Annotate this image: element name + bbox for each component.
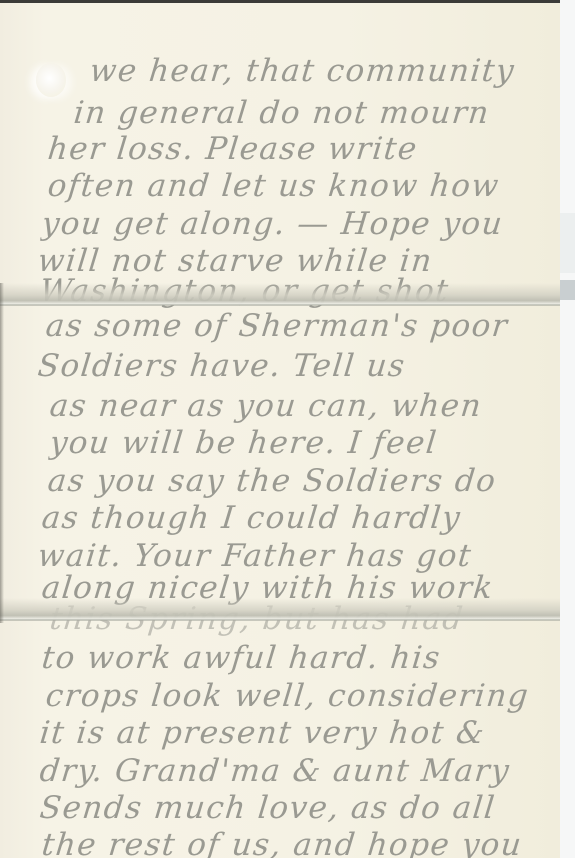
scanner-background-band	[560, 213, 575, 273]
letter-line: as though I could hardly	[40, 500, 560, 536]
letter-line: crops look well, considering	[44, 678, 560, 714]
letter-line: in general do not mourn	[72, 95, 560, 131]
letter-line: her loss. Please write	[46, 131, 560, 167]
letter-line: often and let us know how	[46, 168, 560, 204]
letter-line: it is at present very hot &	[38, 715, 560, 751]
letter-line: dry. Grand'ma & aunt Mary	[38, 753, 560, 789]
letter-line: Sends much love, as do all	[38, 790, 560, 826]
scanner-background-shadow	[560, 280, 575, 300]
letter-line: you will be here. I feel	[48, 425, 560, 461]
letter-line: we hear, that community	[88, 53, 560, 89]
letter-line: as you say the Soldiers do	[46, 463, 560, 499]
letter-line: wait. Your Father has got	[36, 538, 560, 574]
handwritten-text: we hear, that community in general do no…	[0, 3, 560, 858]
paper-edge-shadow	[0, 283, 4, 623]
fold-line	[0, 304, 560, 306]
letter-line: Soldiers have. Tell us	[36, 348, 560, 384]
letter-line: the rest of us, and hope you	[40, 827, 560, 858]
paper-fold-crease	[0, 283, 560, 305]
letter-line: as some of Sherman's poor	[44, 308, 560, 344]
letter-line: as near as you can, when	[48, 388, 560, 424]
letter-line: you get along. — Hope you	[40, 206, 560, 242]
fold-line	[0, 619, 560, 621]
letter-page: we hear, that community in general do no…	[0, 3, 560, 858]
letter-line: to work awful hard. his	[40, 640, 560, 676]
paper-fold-crease	[0, 598, 560, 620]
scanner-background	[560, 0, 575, 858]
scan-viewer: we hear, that community in general do no…	[0, 0, 575, 858]
